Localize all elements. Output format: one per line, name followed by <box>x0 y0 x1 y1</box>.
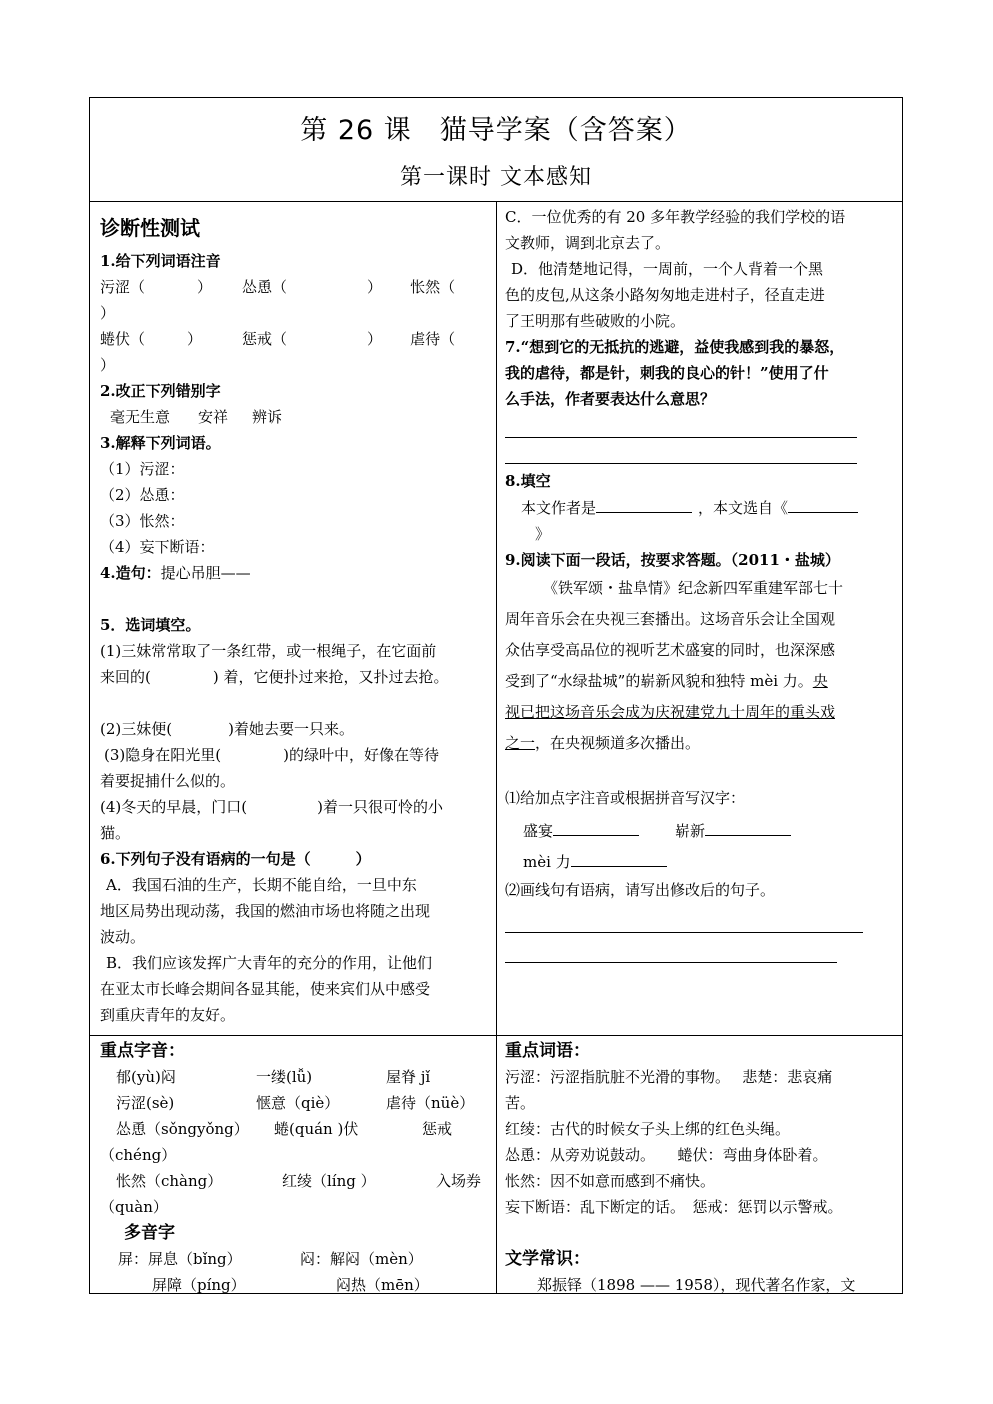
q6-label: 6.下列句子没有语病的一句是（ ） <box>100 846 490 872</box>
literary-knowledge-title: 文学常识： <box>505 1246 896 1272</box>
q8-fill: 本文作者是，本文选自《 <box>505 494 896 521</box>
q4: 4.造句：提心吊胆—— <box>100 560 490 586</box>
pron-row-1: 郁(yù)闷一缕(lǚ)屋脊 jǐ <box>100 1064 490 1090</box>
q1-row1: 污涩（）怂恿（）怅然（ <box>100 274 490 300</box>
q5-s2: (2)三妹便()着她去要一只来。 <box>100 716 490 742</box>
blank-shengyan[interactable] <box>553 817 639 836</box>
q3-item-1: （1）污涩： <box>100 456 490 482</box>
q5-s3: (3)隐身在阳光里()的绿叶中，好像在等待 <box>100 742 490 768</box>
q6-option-c-2: 文教师，调到北京去了。 <box>505 230 896 256</box>
q3-item-3: （3）怅然： <box>100 508 490 534</box>
q6-option-a-3: 波动。 <box>100 924 490 950</box>
q5-s3-c: 着要捉捕什么似的。 <box>100 768 490 794</box>
section-title: 诊断性测试 <box>100 208 490 248</box>
polyphone-row-2: 屏障（píng）闷热（mēn） <box>100 1272 490 1293</box>
pron-row-4-cont: （quàn） <box>100 1194 490 1220</box>
q9-passage: 《铁军颂・盐阜情》纪念新四军重建军部七十 周年音乐会在央视三套播出。这场音乐会让… <box>505 573 896 759</box>
q3-label: 3.解释下列词语。 <box>100 430 490 456</box>
key-pronunciation-title: 重点字音： <box>100 1038 490 1064</box>
q7-answer-line-2[interactable] <box>505 438 857 464</box>
q9-answer-line-2[interactable] <box>505 933 837 963</box>
q6-option-b-2: 在亚太市长峰会期间各显其能，使来宾们从中感受 <box>100 976 490 1002</box>
q5-label: 5．选词填空。 <box>100 612 490 638</box>
q7-line-1: 7.“想到它的无抵抗的逃避，益使我感到我的暴怒， <box>505 334 896 360</box>
q9-words-row2: mèi 力 <box>505 848 896 875</box>
q6-option-d-3: 了王明那有些破败的小院。 <box>505 308 896 334</box>
q9-label: 9.阅读下面一段话，按要求答题。（2011・盐城） <box>505 547 896 573</box>
q8-source-blank[interactable] <box>788 494 858 513</box>
vocab-line-2: 红绫：古代的时候女子头上绑的红色头绳。 <box>505 1116 896 1142</box>
header-cell: 第 26 课 猫导学案（含答案） 第一课时 文本感知 <box>90 98 902 202</box>
vocab-line-4: 怅然：因不如意而感到不痛快。 <box>505 1168 896 1194</box>
vocab-line-1: 污涩：污涩指肮脏不光滑的事物。 悲楚：悲哀痛 <box>505 1064 896 1090</box>
q5-s1-a: (1)三妹常常取了一条红带，或一根绳子，在它面前 <box>100 638 490 664</box>
q6-option-a-1: A．我国石油的生产，长期不能自给，一旦中东 <box>100 872 490 898</box>
literary-knowledge-text: 郑振铎（1898 —— 1958），现代著名作家，文 <box>505 1272 896 1293</box>
questions-continued-cell: C．一位优秀的有 20 多年教学经验的我们学校的语 文教师，调到北京去了。 D．… <box>497 202 902 1035</box>
polyphone-row-1: 屏：屏息（bǐng）闷：解闷（mèn） <box>100 1246 490 1272</box>
page-title: 第 26 课 猫导学案（含答案） <box>90 108 902 147</box>
q1-row1-close: ） <box>100 300 490 326</box>
q9-words-row1: 盛宴崭新 <box>505 817 896 844</box>
q6-option-c-1: C．一位优秀的有 20 多年教学经验的我们学校的语 <box>505 204 896 230</box>
q5-s1-b: 来回的() 着，它便扑过来抢，又扑过去抢。 <box>100 664 490 690</box>
q2-words: 毫无生意安祥辨诉 <box>100 404 490 430</box>
key-vocabulary-cell: 重点词语： 污涩：污涩指肮脏不光滑的事物。 悲楚：悲哀痛 苦。 红绫：古代的时候… <box>497 1035 902 1293</box>
q5-s4-c: 猫。 <box>100 820 490 846</box>
q8-close: 》 <box>505 521 896 547</box>
diagnostic-test-cell: 诊断性测试 1.给下列词语注音 污涩（）怂恿（）怅然（ ） 蜷伏（）惩戒（）虐待… <box>90 202 497 1035</box>
q2-label: 2.改正下列错别字 <box>100 378 490 404</box>
q6-option-a-2: 地区局势出现动荡，我国的燃油市场也将随之出现 <box>100 898 490 924</box>
vocab-line-1-cont: 苦。 <box>505 1090 896 1116</box>
vocab-line-5: 妄下断语：乱下断定的话。 惩戒：惩罚以示警戒。 <box>505 1194 896 1220</box>
q9-sub2: ⑵画线句有语病，请写出修改后的句子。 <box>505 877 896 903</box>
q8-label: 8.填空 <box>505 468 896 494</box>
q6-option-b-3: 到重庆青年的友好。 <box>100 1002 490 1028</box>
q3-item-2: （2）怂恿： <box>100 482 490 508</box>
q9-sub1: ⑴给加点字注音或根据拼音写汉字： <box>505 785 896 811</box>
polyphone-title: 多音字 <box>100 1220 490 1246</box>
pron-row-4: 怅然（chàng）红绫（líng ）入场券 <box>100 1168 490 1194</box>
pron-row-2: 污涩(sè)惬意（qiè）虐待（nüè） <box>100 1090 490 1116</box>
q7-line-2: 我的虐待，都是针，刺我的良心的针！”使用了什 <box>505 360 896 386</box>
page-subtitle: 第一课时 文本感知 <box>90 160 902 191</box>
blank-meili[interactable] <box>571 848 667 867</box>
blank-zhanxin[interactable] <box>705 817 791 836</box>
q1-label: 1.给下列词语注音 <box>100 248 490 274</box>
q1-row2: 蜷伏（）惩戒（）虐待（ <box>100 326 490 352</box>
vocab-line-3: 怂恿：从旁劝说鼓动。 蜷伏：弯曲身体卧着。 <box>505 1142 896 1168</box>
q3-item-4: （4）妄下断语： <box>100 534 490 560</box>
q5-s4: (4)冬天的早晨，门口()着一只很可怜的小 <box>100 794 490 820</box>
key-pronunciation-cell: 重点字音： 郁(yù)闷一缕(lǚ)屋脊 jǐ 污涩(sè)惬意（qiè）虐待（… <box>90 1035 497 1293</box>
q1-row2-close: ） <box>100 352 490 378</box>
q7-answer-line-1[interactable] <box>505 412 857 438</box>
q8-author-blank[interactable] <box>596 494 692 513</box>
pron-row-3: 怂恿（sǒngyǒng）蜷(quán )伏惩戒 <box>100 1116 490 1142</box>
q7-line-3: 么手法，作者要表达什么意思？ <box>505 386 896 412</box>
underlined-sentence: 视已把这场音乐会成为庆祝建党九十周年的重头戏 <box>505 697 896 728</box>
pron-row-3-cont: （chéng） <box>100 1142 490 1168</box>
q6-option-b-1: B．我们应该发挥广大青年的充分的作用，让他们 <box>100 950 490 976</box>
q6-option-d-2: 色的皮包,从这条小路匆匆地走进村子，径直走进 <box>505 282 896 308</box>
key-vocabulary-title: 重点词语： <box>505 1038 896 1064</box>
q6-option-d-1: D．他清楚地记得，一周前，一个人背着一个黑 <box>505 256 896 282</box>
q9-answer-line-1[interactable] <box>505 903 863 933</box>
worksheet-table: 第 26 课 猫导学案（含答案） 第一课时 文本感知 诊断性测试 1.给下列词语… <box>89 97 903 1294</box>
